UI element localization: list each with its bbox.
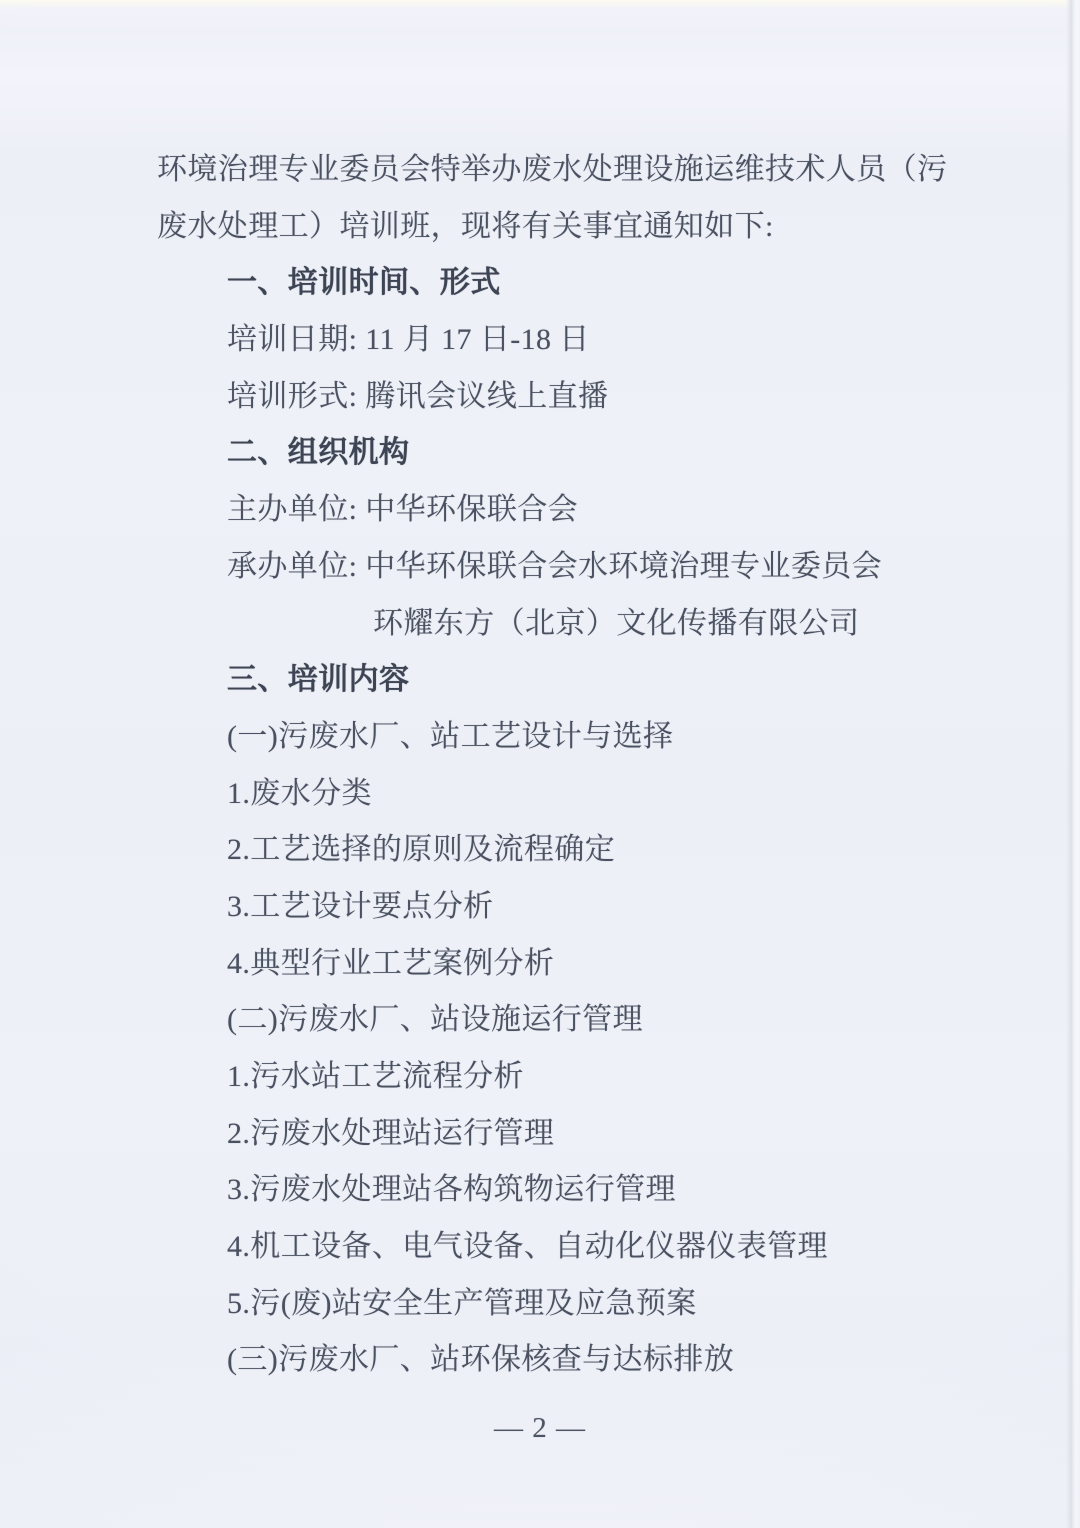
text-line-13: 2.工艺选择的原则及流程确定	[0, 822, 1080, 879]
text-line-11: (一)污废水厂、站工艺设计与选择	[0, 709, 1080, 766]
text-line-4: 培训日期: 11 月 17 日-18 日	[0, 312, 1080, 369]
text-line-1: 环境治理专业委员会特举办废水处理设施运维技术人员（污	[0, 142, 1080, 199]
document-page: 环境治理专业委员会特举办废水处理设施运维技术人员（污废水处理工）培训班，现将有关…	[0, 0, 1080, 1528]
text-line-22: (三)污废水厂、站环保核查与达标排放	[0, 1332, 1080, 1389]
text-line-6: 二、组织机构	[0, 425, 1080, 482]
scan-glare-top	[0, 0, 1080, 8]
text-line-17: 1.污水站工艺流程分析	[0, 1049, 1080, 1106]
document-lines: 环境治理专业委员会特举办废水处理设施运维技术人员（污废水处理工）培训班，现将有关…	[0, 142, 1080, 1389]
text-line-5: 培训形式: 腾讯会议线上直播	[0, 369, 1080, 426]
text-line-19: 3.污废水处理站各构筑物运行管理	[0, 1162, 1080, 1219]
text-line-2: 废水处理工）培训班，现将有关事宜通知如下:	[0, 199, 1080, 256]
text-line-9: 环耀东方（北京）文化传播有限公司	[0, 596, 1080, 653]
text-line-8: 承办单位: 中华环保联合会水环境治理专业委员会	[0, 539, 1080, 596]
page-number: — 2 —	[0, 1408, 1080, 1448]
text-line-21: 5.污(废)站安全生产管理及应急预案	[0, 1276, 1080, 1333]
text-line-20: 4.机工设备、电气设备、自动化仪器仪表管理	[0, 1219, 1080, 1276]
text-line-18: 2.污废水处理站运行管理	[0, 1106, 1080, 1163]
text-line-15: 4.典型行业工艺案例分析	[0, 936, 1080, 993]
text-line-7: 主办单位: 中华环保联合会	[0, 482, 1080, 539]
text-line-10: 三、培训内容	[0, 652, 1080, 709]
text-line-14: 3.工艺设计要点分析	[0, 879, 1080, 936]
text-line-16: (二)污废水厂、站设施运行管理	[0, 992, 1080, 1049]
text-line-12: 1.废水分类	[0, 766, 1080, 823]
text-line-3: 一、培训时间、形式	[0, 255, 1080, 312]
